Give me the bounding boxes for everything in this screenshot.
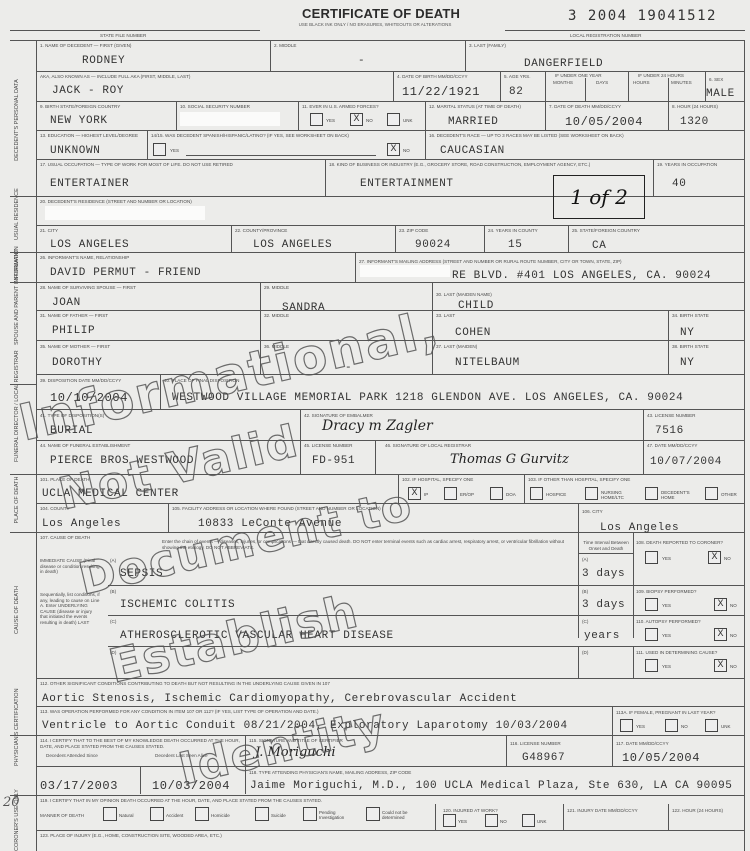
section-usual-residence: USUAL RESIDENCE bbox=[14, 200, 20, 240]
state-file-number-label: STATE FILE NUMBER bbox=[100, 33, 146, 38]
last-name-label: 3. LAST (Family) bbox=[469, 43, 506, 48]
certificate-title: CERTIFICATE OF DEATH bbox=[302, 6, 460, 21]
sex-value: MALE bbox=[706, 88, 735, 100]
reported-coroner-label: 108. DEATH REPORTED TO CORONER? bbox=[636, 540, 723, 545]
manner-suicide-checkbox[interactable] bbox=[255, 807, 269, 821]
coroner-certify-label: 119. I CERTIFY THAT IN MY OPINION DEATH … bbox=[40, 798, 322, 803]
divider bbox=[355, 252, 356, 282]
divider bbox=[270, 40, 271, 71]
injured-at-work-label: 120. INJURED AT WORK? bbox=[443, 808, 498, 813]
father-last-label: 33. LAST bbox=[436, 313, 455, 318]
divider bbox=[578, 646, 579, 678]
divider bbox=[563, 804, 564, 830]
yes-label: YES bbox=[326, 118, 335, 123]
other-place-label: 103. IF OTHER THAN HOSPITAL, SPECIFY ONE bbox=[528, 477, 630, 482]
armed-forces-label: 11. EVER IN U.S. ARMED FORCES? bbox=[302, 104, 379, 109]
section-personal-data: DECEDENT'S PERSONAL DATA bbox=[14, 50, 20, 190]
divider bbox=[628, 71, 629, 101]
manner-natural-checkbox[interactable] bbox=[103, 807, 117, 821]
education-label: 13. EDUCATION — Highest Level/Degree bbox=[40, 133, 138, 138]
pregnant-no-checkbox[interactable] bbox=[665, 719, 678, 732]
local-registration-label: LOCAL REGISTRATION NUMBER bbox=[570, 33, 641, 38]
injury-date-label: 121. INJURY DATE mm/dd/ccyy bbox=[567, 808, 638, 813]
autopsy-label: 110. AUTOPSY PERFORMED? bbox=[636, 619, 701, 624]
injured-unk-label: UNK bbox=[537, 819, 547, 824]
divider bbox=[612, 706, 613, 735]
divider bbox=[140, 766, 141, 794]
spouse-first-value: JOAN bbox=[52, 297, 81, 309]
divider bbox=[231, 225, 232, 252]
age-label: 5. AGE Yrs. bbox=[504, 74, 530, 79]
yes-label: YES bbox=[662, 556, 671, 561]
injured-yes-checkbox[interactable] bbox=[443, 814, 456, 827]
pregnant-yes-label: YES bbox=[636, 724, 645, 729]
no-label: NO bbox=[724, 556, 731, 561]
funeral-license-label: 45. LICENSE NUMBER bbox=[304, 443, 353, 448]
yes-label: YES bbox=[662, 603, 671, 608]
years-occupation-label: 19. YEARS IN OCCUPATION bbox=[657, 162, 717, 167]
divider bbox=[176, 101, 177, 130]
birth-state-value: NEW YORK bbox=[50, 115, 108, 127]
spouse-last-value: CHILD bbox=[458, 300, 494, 312]
hispanic-yes-checkbox[interactable] bbox=[153, 143, 166, 156]
ssn-redacted bbox=[180, 112, 280, 126]
hospital-doa-checkbox[interactable] bbox=[490, 487, 503, 500]
biopsy-no-checkbox[interactable]: X bbox=[714, 598, 727, 611]
injury-place-label: 123. PLACE OF INJURY (e.g., home, constr… bbox=[40, 833, 222, 838]
injured-no-checkbox[interactable] bbox=[485, 814, 498, 827]
biopsy-yes-checkbox[interactable] bbox=[645, 598, 658, 611]
spouse-first-label: 28. NAME OF SURVIVING SPOUSE — FIRST bbox=[40, 285, 136, 290]
hospital-type-label: 102. IF HOSPITAL, SPECIFY ONE bbox=[402, 477, 473, 482]
divider bbox=[435, 804, 436, 830]
under-one-year-label: IF UNDER ONE YEAR bbox=[555, 73, 602, 78]
write-line bbox=[186, 155, 376, 156]
interval-a-value: 3 days bbox=[582, 568, 625, 580]
margin-handwritten-note: 20 bbox=[3, 795, 20, 810]
interval-a-letter: (A) bbox=[582, 557, 588, 562]
informant-address-value: RE BLVD. #401 LOS ANGELES, CA. 90024 bbox=[452, 270, 711, 282]
dob-label: 4. DATE OF BIRTH mm/dd/ccyy bbox=[397, 74, 468, 79]
manner-undetermined-checkbox[interactable] bbox=[366, 807, 380, 821]
divider bbox=[668, 101, 669, 130]
physician-date-label: 117. DATE mm/dd/ccyy bbox=[616, 741, 669, 746]
yes-label: YES bbox=[170, 148, 179, 153]
manner-pending-checkbox[interactable] bbox=[303, 807, 317, 821]
informant-name-value: DAVID PERMUT - FRIEND bbox=[50, 267, 201, 279]
armed-forces-no-checkbox[interactable]: X bbox=[350, 113, 363, 126]
cause-header-label: 107. CAUSE OF DEATH bbox=[40, 535, 90, 540]
cause-line-b-value: ISCHEMIC COLITIS bbox=[120, 599, 235, 611]
injury-hour-label: 122. HOUR (24 Hours) bbox=[672, 808, 723, 813]
embalmer-license-label: 43. LICENSE NUMBER bbox=[647, 413, 696, 418]
first-name-value: RODNEY bbox=[82, 55, 125, 67]
divider bbox=[578, 553, 633, 554]
divider bbox=[298, 101, 299, 130]
no-label: NO bbox=[366, 118, 373, 123]
residence-address-redacted bbox=[45, 206, 205, 220]
informant-address-label: 27. INFORMANT'S MAILING ADDRESS (Street … bbox=[359, 259, 622, 264]
mother-last-value: NITELBAUM bbox=[455, 357, 520, 369]
aka-label: AKA, ALSO KNOWN AS — Include full AKA (F… bbox=[40, 74, 190, 79]
page-count-stamp: 1 of 2 bbox=[553, 175, 645, 219]
hour-label: 8. HOUR (24 Hours) bbox=[672, 104, 718, 109]
other-nursing-label: Nursing Home/LTC bbox=[601, 490, 625, 500]
pregnant-no-label: NO bbox=[681, 724, 688, 729]
mother-first-value: DOROTHY bbox=[52, 357, 102, 369]
dob-value: 11/22/1921 bbox=[402, 85, 480, 99]
business-label: 18. KIND OF BUSINESS OR INDUSTRY (e.g., … bbox=[329, 162, 590, 167]
years-in-county-value: 15 bbox=[508, 239, 522, 251]
yes-label: YES bbox=[662, 664, 671, 669]
armed-forces-yes-checkbox[interactable] bbox=[310, 113, 323, 126]
injured-yes-label: YES bbox=[458, 819, 467, 824]
birth-state-label: 9. BIRTH STATE/FOREIGN COUNTRY bbox=[40, 104, 120, 109]
yes-label: YES bbox=[662, 633, 671, 638]
pregnant-yes-checkbox[interactable] bbox=[620, 719, 633, 732]
section-place-of-death: PLACE OF DEATH bbox=[14, 475, 20, 525]
divider bbox=[10, 384, 37, 385]
death-certificate: CERTIFICATE OF DEATH USE BLACK INK ONLY … bbox=[0, 0, 750, 851]
divider bbox=[393, 71, 394, 101]
section-physician-cert: PHYSICIAN'S CERTIFICATION bbox=[14, 716, 20, 766]
aka-value: JACK - ROY bbox=[52, 85, 124, 97]
residence-city-label: 21. CITY bbox=[40, 228, 58, 233]
race-value: CAUCASIAN bbox=[440, 145, 505, 157]
coroner-no-checkbox[interactable]: X bbox=[708, 551, 721, 564]
divider bbox=[168, 503, 169, 532]
no-label: NO bbox=[730, 664, 737, 669]
divider bbox=[744, 40, 745, 851]
divider bbox=[36, 706, 745, 707]
divider bbox=[668, 78, 669, 101]
occupation-value: ENTERTAINER bbox=[50, 178, 129, 190]
divider bbox=[36, 252, 745, 253]
attended-since-label: Decedent Attended Since bbox=[46, 753, 98, 758]
last-name-value: DANGERFIELD bbox=[524, 58, 603, 70]
divider bbox=[36, 766, 745, 767]
attending-physician-value: Jaime Moriguchi, M.D., 100 UCLA Medical … bbox=[250, 780, 732, 792]
divider bbox=[147, 130, 148, 159]
registrar-date-label: 47. DATE mm/dd/ccyy bbox=[647, 443, 697, 448]
residence-county-value: LOS ANGELES bbox=[253, 239, 332, 251]
no-label: NO bbox=[403, 148, 410, 153]
divider bbox=[425, 101, 426, 159]
no-label: NO bbox=[730, 633, 737, 638]
other-conditions-label: 112. OTHER SIGNIFICANT CONDITIONS CONTRI… bbox=[40, 681, 330, 686]
attended-since-value: 03/17/2003 bbox=[40, 779, 118, 793]
coroner-yes-checkbox[interactable] bbox=[645, 551, 658, 564]
divider bbox=[633, 646, 745, 647]
business-value: ENTERTAINMENT bbox=[360, 178, 454, 190]
father-middle-label: 32. MIDDLE bbox=[264, 313, 289, 318]
pregnant-unk-checkbox[interactable] bbox=[705, 719, 718, 732]
divider bbox=[395, 225, 396, 252]
section-cause-of-death: CAUSE OF DEATH bbox=[14, 540, 20, 680]
divider bbox=[612, 735, 613, 766]
minutes-label: Minutes bbox=[671, 80, 692, 85]
mother-first-label: 35. NAME OF MOTHER — FIRST bbox=[40, 344, 110, 349]
divider bbox=[36, 101, 745, 102]
hospital-ip-label: IP bbox=[424, 492, 428, 497]
other-other-label: Other bbox=[721, 492, 737, 497]
divider bbox=[10, 30, 260, 31]
divider bbox=[505, 30, 745, 31]
divider bbox=[36, 440, 745, 441]
interval-label: Time Interval Between Onset and Death bbox=[582, 540, 630, 551]
manner-pending-label: Pending Investigation bbox=[319, 810, 349, 820]
hispanic-no-checkbox[interactable]: X bbox=[387, 143, 400, 156]
months-label: Months bbox=[553, 80, 573, 85]
hospital-doa-label: DOA bbox=[506, 492, 516, 497]
divider bbox=[10, 735, 37, 736]
divider bbox=[643, 409, 644, 474]
death-city-label: 106. CITY bbox=[582, 509, 603, 514]
death-county-value: Los Angeles bbox=[42, 518, 121, 530]
registrar-date-value: 10/07/2004 bbox=[650, 456, 722, 468]
other-nursing-checkbox[interactable] bbox=[585, 487, 598, 500]
residence-zip-value: 90024 bbox=[415, 239, 451, 251]
interval-c-letter: (C) bbox=[582, 619, 588, 624]
hospital-erop-label: ER/OP bbox=[460, 492, 474, 497]
divider bbox=[633, 646, 634, 678]
divider bbox=[653, 159, 654, 196]
pregnant-unk-label: UNK bbox=[721, 724, 731, 729]
divider bbox=[585, 78, 586, 101]
hispanic-label: 14/15. WAS DECEDENT SPANISH/HISPANIC/LAT… bbox=[151, 133, 349, 138]
embalmer-license-value: 7516 bbox=[655, 425, 684, 437]
registrar-signature: Thomas G Gurvitz bbox=[450, 452, 569, 467]
other-other-checkbox[interactable] bbox=[705, 487, 718, 500]
injured-no-label: NO bbox=[500, 819, 507, 824]
embalmer-signature: Dracy m Zagler bbox=[322, 418, 433, 434]
used-no-checkbox[interactable]: X bbox=[714, 659, 727, 672]
divider bbox=[506, 735, 507, 766]
divider bbox=[545, 101, 546, 130]
father-first-value: PHILIP bbox=[52, 325, 95, 337]
residence-zip-label: 23. ZIP CODE bbox=[399, 228, 428, 233]
residence-address-label: 20. DECEDENT'S RESIDENCE (Street and num… bbox=[40, 199, 192, 204]
divider bbox=[10, 196, 37, 197]
registrar-signature-label: 46. SIGNATURE OF LOCAL REGISTRAR bbox=[385, 443, 471, 448]
manner-homicide-checkbox[interactable] bbox=[195, 807, 209, 821]
divider bbox=[36, 225, 745, 226]
interval-b-letter: (B) bbox=[582, 589, 588, 594]
other-hospice-checkbox[interactable] bbox=[530, 487, 543, 500]
marital-value: MARRIED bbox=[448, 116, 498, 128]
dod-value: 10/05/2004 bbox=[565, 115, 643, 129]
divider bbox=[36, 795, 745, 796]
funeral-license-value: FD-951 bbox=[312, 455, 355, 467]
divider bbox=[578, 503, 579, 638]
pregnant-label: 113A. IF FEMALE, PREGNANT IN LAST YEAR? bbox=[616, 710, 715, 715]
autopsy-no-checkbox[interactable]: X bbox=[714, 628, 727, 641]
divider bbox=[465, 40, 466, 71]
divider bbox=[36, 130, 745, 131]
sex-label: 6. SEX bbox=[709, 77, 723, 82]
residence-state-value: CA bbox=[592, 240, 606, 252]
used-determining-label: 111. USED IN DETERMINING CAUSE? bbox=[636, 650, 717, 655]
father-birth-state-value: NY bbox=[680, 327, 694, 339]
middle-name-label: 2. MIDDLE bbox=[274, 43, 296, 48]
race-label: 16. DECEDENT'S RACE — Up to 3 races may … bbox=[429, 133, 624, 138]
divider bbox=[325, 159, 326, 196]
divider bbox=[524, 474, 525, 503]
divider bbox=[633, 585, 745, 586]
informant-address-redacted bbox=[360, 265, 450, 277]
divider bbox=[568, 225, 569, 252]
manner-suicide-label: Suicide bbox=[271, 813, 286, 818]
interval-b-value: 3 days bbox=[582, 599, 625, 611]
divider bbox=[108, 585, 633, 586]
divider bbox=[545, 71, 546, 101]
other-home-label: Decedent's Home bbox=[661, 490, 687, 500]
years-occupation-value: 40 bbox=[672, 178, 686, 190]
physician-license-label: 116. LICENSE NUMBER bbox=[510, 741, 561, 746]
father-birth-state-label: 34. BIRTH STATE bbox=[672, 313, 709, 318]
mother-birth-state-label: 38. BIRTH STATE bbox=[672, 344, 709, 349]
divider bbox=[10, 40, 745, 41]
spouse-last-label: 30. LAST (Maiden Name) bbox=[436, 292, 492, 297]
mother-birth-state-value: NY bbox=[680, 357, 694, 369]
father-first-label: 31. NAME OF FATHER — FIRST bbox=[40, 313, 108, 318]
hours-label: Hours bbox=[633, 80, 650, 85]
manner-homicide-label: Homicide bbox=[211, 813, 230, 818]
age-value: 82 bbox=[509, 86, 523, 98]
informant-name-label: 26. INFORMANT'S NAME, RELATIONSHIP bbox=[40, 255, 129, 260]
other-hospice-label: Hospice bbox=[546, 492, 566, 497]
marital-label: 12. MARITAL STATUS (at Time of Death) bbox=[429, 104, 521, 109]
manner-undetermined-label: Could not be determined bbox=[382, 810, 412, 820]
divider bbox=[500, 71, 501, 101]
other-conditions-value: Aortic Stenosis, Ischemic Cardiomyopathy… bbox=[42, 693, 517, 705]
manner-natural-label: Natural bbox=[119, 813, 134, 818]
unk-label: UNK bbox=[403, 118, 413, 123]
divider bbox=[10, 282, 37, 283]
occupation-label: 17. USUAL OCCUPATION — Type of work for … bbox=[40, 162, 233, 167]
days-label: Days bbox=[596, 80, 608, 85]
hour-value: 1320 bbox=[680, 116, 709, 128]
interval-c-value: years bbox=[584, 630, 620, 642]
middle-name-value: - bbox=[358, 55, 365, 67]
section-spouse-parent: SPOUSE AND PARENT INFORMATION bbox=[14, 285, 20, 345]
dod-label: 7. DATE OF DEATH mm/dd/ccyy bbox=[549, 104, 621, 109]
divider bbox=[668, 310, 669, 374]
residence-county-label: 22. COUNTY/PROVINCE bbox=[235, 228, 287, 233]
years-in-county-label: 24. YEARS IN COUNTY bbox=[488, 228, 538, 233]
biopsy-label: 109. BIOPSY PERFORMED? bbox=[636, 589, 696, 594]
divider bbox=[260, 282, 261, 340]
used-yes-checkbox[interactable] bbox=[645, 659, 658, 672]
certificate-subtitle: USE BLACK INK ONLY / NO ERASURES, WHITEO… bbox=[290, 22, 460, 27]
divider bbox=[36, 159, 745, 160]
operation-label: 113. WAS OPERATION PERFORMED FOR ANY CON… bbox=[40, 709, 319, 714]
no-label: NO bbox=[730, 603, 737, 608]
under-24-hours-label: IF UNDER 24 HOURS bbox=[638, 73, 684, 78]
ssn-label: 10. SOCIAL SECURITY NUMBER bbox=[180, 104, 250, 109]
divider bbox=[36, 830, 745, 831]
manner-accident-checkbox[interactable] bbox=[150, 807, 164, 821]
autopsy-yes-checkbox[interactable] bbox=[645, 628, 658, 641]
divider bbox=[108, 615, 745, 616]
armed-forces-unk-checkbox[interactable] bbox=[387, 113, 400, 126]
first-name-label: 1. NAME OF DECEDENT — FIRST (Given) bbox=[40, 43, 131, 48]
manner-of-death-label: MANNER OF DEATH bbox=[40, 813, 84, 818]
spouse-middle-label: 29. MIDDLE bbox=[264, 285, 289, 290]
residence-state-label: 25. STATE/FOREIGN COUNTRY bbox=[572, 228, 640, 233]
interval-d-letter: (D) bbox=[582, 650, 588, 655]
physician-date-value: 10/05/2004 bbox=[622, 751, 700, 765]
education-value: UNKNOWN bbox=[50, 145, 100, 157]
divider bbox=[375, 440, 376, 474]
cause-line-c-letter: (C) bbox=[110, 619, 116, 624]
father-last-value: COHEN bbox=[455, 327, 491, 339]
residence-city-value: LOS ANGELES bbox=[50, 239, 129, 251]
local-registration-number: 3 2004 19041512 bbox=[568, 8, 717, 24]
injured-unk-checkbox[interactable] bbox=[522, 814, 535, 827]
section-coroner: CORONER'S USE ONLY bbox=[14, 811, 20, 851]
divider bbox=[484, 225, 485, 252]
divider bbox=[668, 804, 669, 830]
divider bbox=[10, 252, 37, 253]
other-home-checkbox[interactable] bbox=[645, 487, 658, 500]
manner-accident-label: Accident bbox=[166, 813, 183, 818]
physician-license-value: G48967 bbox=[522, 752, 565, 764]
divider bbox=[36, 735, 745, 736]
hospital-erop-checkbox[interactable] bbox=[444, 487, 457, 500]
death-city-value: Los Angeles bbox=[600, 522, 679, 534]
divider bbox=[36, 282, 745, 283]
